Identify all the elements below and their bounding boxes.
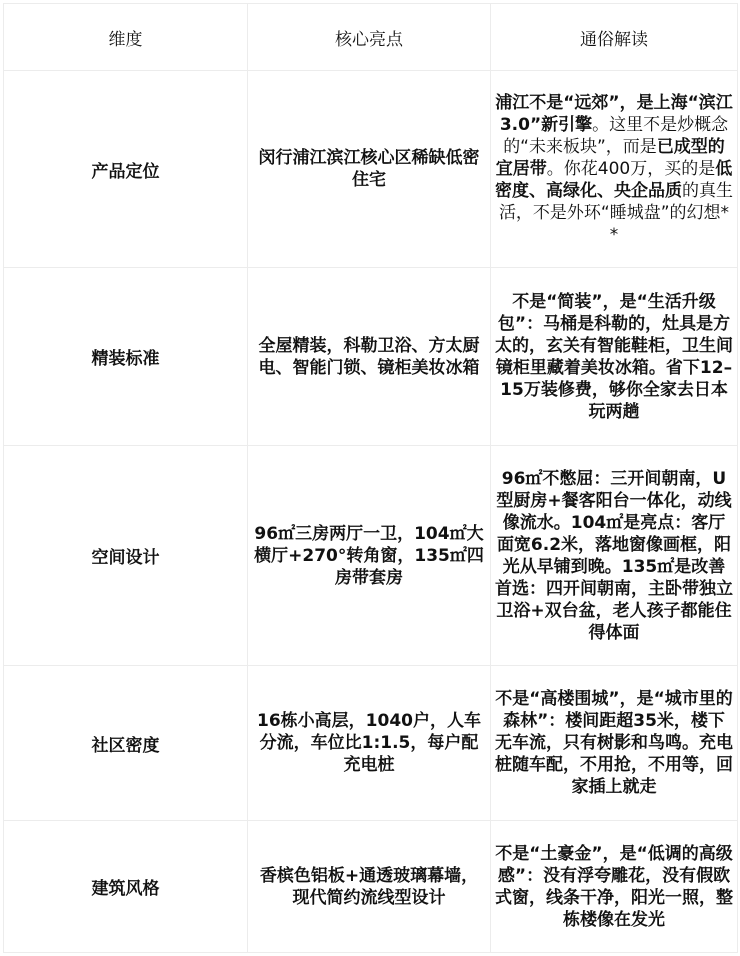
- table-row: 产品定位 闵行浦江滨江核心区稀缺低密住宅 浦江不是“远郊”，是上海“滨江3.0”…: [4, 71, 738, 268]
- highlight-cell: 闵行浦江滨江核心区稀缺低密住宅: [248, 71, 491, 268]
- table-row: 空间设计 96㎡三房两厅一卫，104㎡大横厅+270°转角窗，135㎡四房带套房…: [4, 446, 738, 666]
- table-row: 精装标准 全屋精装，科勒卫浴、方太厨电、智能门锁、镜柜美妆冰箱 不是“简装”，是…: [4, 268, 738, 446]
- explanation-cell: 不是“土豪金”，是“低调的高级感”：没有浮夸雕花，没有假欧式窗，线条干净，阳光一…: [491, 821, 738, 953]
- header-row: 维度 核心亮点 通俗解读: [4, 4, 738, 71]
- dimension-cell: 建筑风格: [4, 821, 248, 953]
- dimension-cell: 产品定位: [4, 71, 248, 268]
- dimension-cell: 空间设计: [4, 446, 248, 666]
- table-row: 社区密度 16栋小高层，1040户，人车分流，车位比1:1.5，每户配充电桩 不…: [4, 666, 738, 821]
- comparison-table: 维度 核心亮点 通俗解读 产品定位 闵行浦江滨江核心区稀缺低密住宅 浦江不是“远…: [3, 3, 738, 953]
- dimension-cell: 精装标准: [4, 268, 248, 446]
- explanation-text: 。你花400万，买的是: [547, 159, 715, 179]
- highlight-cell: 96㎡三房两厅一卫，104㎡大横厅+270°转角窗，135㎡四房带套房: [248, 446, 491, 666]
- header-highlight: 核心亮点: [248, 4, 491, 71]
- highlight-cell: 16栋小高层，1040户，人车分流，车位比1:1.5，每户配充电桩: [248, 666, 491, 821]
- explanation-cell: 浦江不是“远郊”，是上海“滨江3.0”新引擎。这里不是炒概念的“未来板块”，而是…: [491, 71, 738, 268]
- header-dimension: 维度: [4, 4, 248, 71]
- explanation-cell: 不是“简装”，是“生活升级包”：马桶是科勒的，灶具是方太的，玄关有智能鞋柜，卫生…: [491, 268, 738, 446]
- explanation-cell: 不是“高楼围城”，是“城市里的森林”：楼间距超35米，楼下无车流，只有树影和鸟鸣…: [491, 666, 738, 821]
- highlight-cell: 香槟色铝板+通透玻璃幕墙，现代简约流线型设计: [248, 821, 491, 953]
- dimension-cell: 社区密度: [4, 666, 248, 821]
- explanation-cell: 96㎡不憋屈：三开间朝南，U型厨房+餐客阳台一体化，动线像流水。104㎡是亮点：…: [491, 446, 738, 666]
- table-row: 建筑风格 香槟色铝板+通透玻璃幕墙，现代简约流线型设计 不是“土豪金”，是“低调…: [4, 821, 738, 953]
- header-explanation: 通俗解读: [491, 4, 738, 71]
- highlight-cell: 全屋精装，科勒卫浴、方太厨电、智能门锁、镜柜美妆冰箱: [248, 268, 491, 446]
